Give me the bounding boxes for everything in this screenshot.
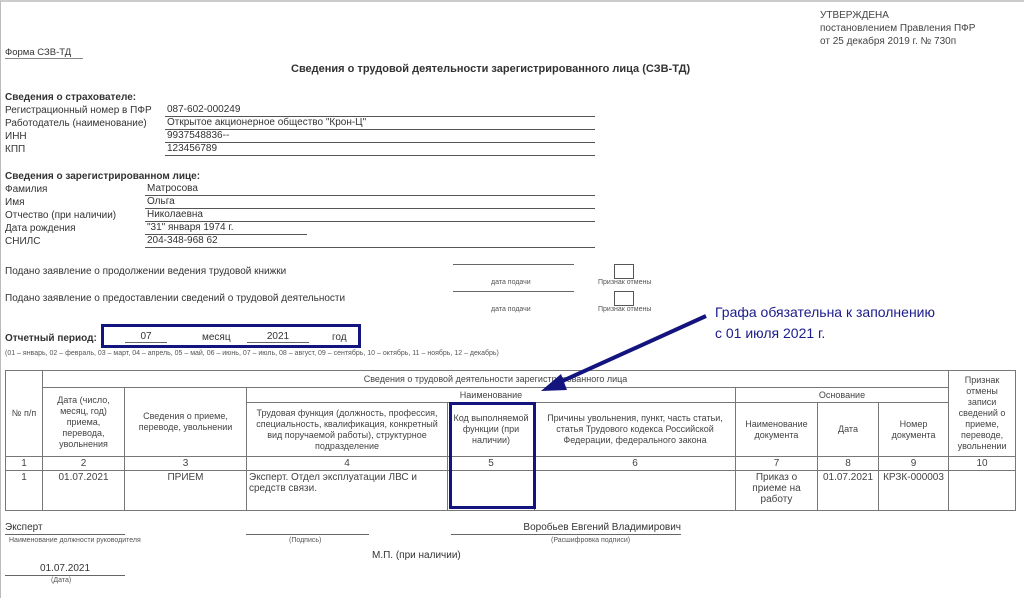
person-label-surname: Фамилия [5, 184, 47, 195]
person-name[interactable]: Ольга [145, 196, 595, 209]
approval-line-1: УТВЕРЖДЕНА [820, 9, 975, 22]
cell-doc-number[interactable]: КРЗК-000003 [879, 471, 949, 511]
col-number: 2 [43, 457, 125, 471]
cell-job-function[interactable]: Эксперт. Отдел эксплуатации ЛВС и средст… [247, 471, 448, 511]
form-name: Форма СЗВ-ТД [5, 47, 83, 59]
signature-date[interactable]: 01.07.2021 [5, 563, 125, 576]
signature-name-caption: (Расшифровка подписи) [551, 537, 630, 544]
cell-cancel-flag[interactable] [949, 471, 1016, 511]
cell-event[interactable]: ПРИЕМ [125, 471, 247, 511]
col-header-6: Причины увольнения, пункт, часть статьи,… [535, 403, 736, 457]
col-number: 8 [818, 457, 879, 471]
statement-1-cancel-caption: Признак отмены [598, 279, 651, 286]
annotation-line-1: Графа обязательна к заполнению [715, 302, 935, 323]
signature-line[interactable] [246, 522, 369, 535]
col-header-3: Сведения о приеме, переводе, увольнении [125, 388, 247, 457]
statement-2-cancel-checkbox[interactable] [614, 291, 634, 306]
cell-doc-name[interactable]: Приказ о приеме на работу [736, 471, 818, 511]
column-5-highlight-frame [449, 402, 536, 509]
document-title: Сведения о трудовой деятельности зарегис… [291, 63, 690, 75]
statement-2-date-line[interactable] [453, 291, 574, 292]
signature-position-caption: Наименование должности руководителя [9, 537, 141, 544]
col-number: 4 [247, 457, 448, 471]
cell-index[interactable]: 1 [6, 471, 43, 511]
approval-block: УТВЕРЖДЕНА постановлением Правления ПФР … [820, 9, 975, 48]
signature-date-caption: (Дата) [51, 577, 71, 584]
insurer-label-inn: ИНН [5, 131, 27, 142]
insurer-heading: Сведения о страхователе: [5, 92, 136, 103]
stamp-label: М.П. (при наличии) [372, 550, 461, 561]
col-number: 1 [6, 457, 43, 471]
insurer-label-reg: Регистрационный номер в ПФР [5, 105, 152, 116]
period-highlight-frame [101, 324, 361, 348]
cell-date[interactable]: 01.07.2021 [43, 471, 125, 511]
signature-caption: (Подпись) [289, 537, 321, 544]
col-number: 6 [535, 457, 736, 471]
col-header-10: Признак отмены записи сведений о приеме,… [949, 371, 1016, 457]
statement-2-label: Подано заявление о предоставлении сведен… [5, 293, 345, 304]
approval-line-3: от 25 декабря 2019 г. № 730п [820, 35, 975, 48]
col-number: 9 [879, 457, 949, 471]
approval-line-2: постановлением Правления ПФР [820, 22, 975, 35]
period-label: Отчетный период: [5, 333, 97, 344]
col-header-1: № п/п [6, 371, 43, 457]
statement-2-date-caption: дата подачи [491, 306, 531, 313]
group-header: Сведения о трудовой деятельности зарегис… [43, 371, 949, 388]
person-heading: Сведения о зарегистрированном лице: [5, 171, 200, 182]
basis-header: Основание [736, 388, 949, 403]
period-legend: (01 – январь, 02 – февраль, 03 – март, 0… [5, 350, 499, 357]
insurer-inn[interactable]: 9937548836-- [165, 130, 595, 143]
statement-2-cancel-caption: Признак отмены [598, 306, 651, 313]
person-surname[interactable]: Матросова [145, 183, 595, 196]
col-number: 7 [736, 457, 818, 471]
person-label-patronymic: Отчество (при наличии) [5, 210, 116, 221]
col-number: 3 [125, 457, 247, 471]
statement-1-cancel-checkbox[interactable] [614, 264, 634, 279]
person-snils[interactable]: 204-348-968 62 [145, 235, 595, 248]
person-label-name: Имя [5, 197, 24, 208]
person-birthdate[interactable]: "31" января 1974 г. [145, 222, 307, 235]
statement-1-label: Подано заявление о продолжении ведения т… [5, 266, 286, 277]
signature-position[interactable]: Эксперт [5, 522, 125, 535]
insurer-reg-number[interactable]: 087-602-000249 [165, 104, 595, 117]
statement-1-date-caption: дата подачи [491, 279, 531, 286]
cell-dismissal-reason[interactable] [535, 471, 736, 511]
statement-1-date-line[interactable] [453, 264, 574, 265]
insurer-label-kpp: КПП [5, 144, 25, 155]
annotation-callout: Графа обязательна к заполнению с 01 июля… [715, 302, 935, 344]
cell-doc-date[interactable]: 01.07.2021 [818, 471, 879, 511]
insurer-kpp[interactable]: 123456789 [165, 143, 595, 156]
col-header-2: Дата (число, месяц, год) приема, перевод… [43, 388, 125, 457]
signature-name[interactable]: Воробьев Евгений Владимирович [451, 522, 681, 535]
insurer-label-employer: Работодатель (наименование) [5, 118, 147, 129]
document-page: УТВЕРЖДЕНА постановлением Правления ПФР … [0, 0, 1024, 598]
person-label-birthdate: Дата рождения [5, 223, 76, 234]
insurer-employer[interactable]: Открытое акционерное общество "Крон-Ц" [165, 117, 595, 130]
person-patronymic[interactable]: Николаевна [145, 209, 595, 222]
col-header-8: Дата [818, 403, 879, 457]
col-header-9: Номер документа [879, 403, 949, 457]
col-header-7: Наименование документа [736, 403, 818, 457]
col-number: 10 [949, 457, 1016, 471]
col-header-4: Трудовая функция (должность, профессия, … [247, 403, 448, 457]
naming-header: Наименование [247, 388, 736, 403]
annotation-line-2: с 01 июля 2021 г. [715, 323, 935, 344]
person-label-snils: СНИЛС [5, 236, 40, 247]
